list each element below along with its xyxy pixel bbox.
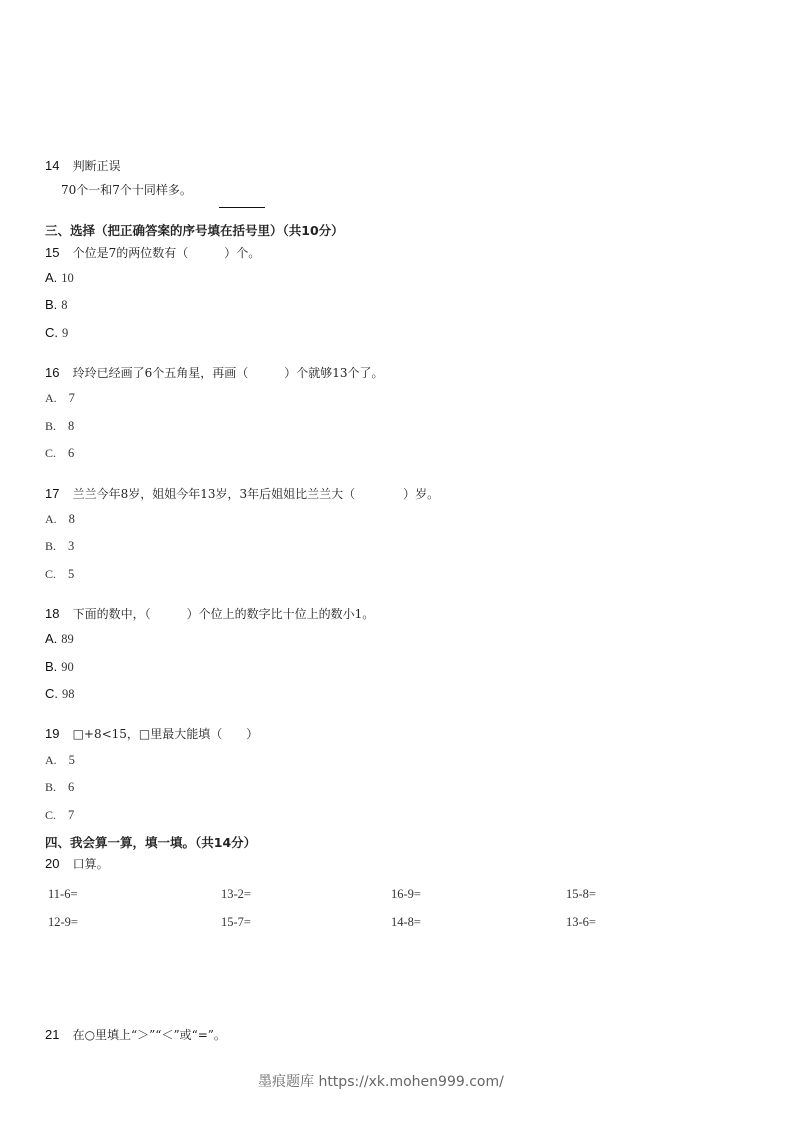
question-text: 在○里填上“＞”“＜”或“=”。 xyxy=(73,1028,226,1042)
question-19: 19 □+8<15，□里最大能填（ ） xyxy=(45,723,258,742)
question-text: 兰兰今年8岁，姐姐今年13岁，3年后姐姐比兰兰大（ ）岁。 xyxy=(73,487,440,501)
section-title-calc: 四、我会算一算，填一填。（共14分） xyxy=(45,833,256,851)
question-number: 15 xyxy=(45,245,59,260)
option-letter: B. xyxy=(45,659,57,674)
option-letter: C. xyxy=(45,686,58,701)
option-b[interactable]: B.8 xyxy=(45,294,68,313)
question-text: □+8<15，□里最大能填（ ） xyxy=(73,727,259,741)
calc-item: 13-2= xyxy=(221,887,251,902)
option-letter: A. xyxy=(45,270,57,285)
calc-item: 12-9= xyxy=(48,915,78,930)
option-value: 9 xyxy=(62,326,68,340)
question-21: 21 在○里填上“＞”“＜”或“=”。 xyxy=(45,1024,226,1043)
question-title: 口算。 xyxy=(73,857,109,871)
option-a[interactable]: A.5 xyxy=(45,749,75,768)
statement-text: 70个一和7个十同样多。 xyxy=(61,183,192,197)
question-16: 16 玲玲已经画了6个五角星，再画（ ）个就够13个了。 xyxy=(45,362,383,381)
question-number: 19 xyxy=(45,726,59,741)
option-c[interactable]: C.98 xyxy=(45,683,75,702)
option-value: 90 xyxy=(61,660,74,674)
option-letter: B. xyxy=(45,297,57,312)
option-b[interactable]: B.6 xyxy=(45,776,74,795)
question-20: 20 口算。 xyxy=(45,853,109,872)
question-text: 下面的数中，（ ）个位上的数字比十位上的数小1。 xyxy=(73,607,375,621)
calc-item: 14-8= xyxy=(391,915,421,930)
question-number: 21 xyxy=(45,1027,59,1042)
option-b[interactable]: B.8 xyxy=(45,415,74,434)
option-b[interactable]: B.3 xyxy=(45,535,74,554)
calc-item: 13-6= xyxy=(566,915,596,930)
option-letter: C. xyxy=(45,808,56,822)
option-value: 8 xyxy=(69,512,75,526)
option-letter: B. xyxy=(45,780,56,794)
question-17: 17 兰兰今年8岁，姐姐今年13岁，3年后姐姐比兰兰大（ ）岁。 xyxy=(45,483,439,502)
calc-item: 16-9= xyxy=(391,887,421,902)
section-title-choice: 三、选择（把正确答案的序号填在括号里）（共10分） xyxy=(45,221,344,239)
option-letter: C. xyxy=(45,446,56,460)
question-18: 18 下面的数中，（ ）个位上的数字比十位上的数小1。 xyxy=(45,603,374,622)
option-c[interactable]: C.5 xyxy=(45,563,74,582)
calc-item: 15-8= xyxy=(566,887,596,902)
option-letter: B. xyxy=(45,419,56,433)
question-number: 14 xyxy=(45,158,59,173)
option-a[interactable]: A.89 xyxy=(45,628,74,647)
option-letter: A. xyxy=(45,391,57,405)
calc-item: 15-7= xyxy=(221,915,251,930)
option-letter: B. xyxy=(45,539,56,553)
option-value: 3 xyxy=(68,539,74,553)
option-value: 8 xyxy=(61,298,67,312)
question-text: 个位是7的两位数有（ ）个。 xyxy=(73,246,261,260)
option-value: 7 xyxy=(68,808,74,822)
option-a[interactable]: A.7 xyxy=(45,387,75,406)
question-number: 17 xyxy=(45,486,59,501)
option-value: 5 xyxy=(69,753,75,767)
answer-blank[interactable] xyxy=(219,193,265,212)
answer-underline xyxy=(219,206,265,208)
option-letter: C. xyxy=(45,567,56,581)
option-value: 10 xyxy=(61,271,74,285)
footer-watermark: 墨痕题库 https://xk.mohen999.com/ xyxy=(258,1071,504,1091)
question-title: 判断正误 xyxy=(73,159,121,173)
option-a[interactable]: A.8 xyxy=(45,508,75,527)
option-letter: A. xyxy=(45,631,57,646)
question-text: 玲玲已经画了6个五角星，再画（ ）个就够13个了。 xyxy=(73,366,384,380)
option-letter: C. xyxy=(45,325,58,340)
option-b[interactable]: B.90 xyxy=(45,656,74,675)
option-value: 8 xyxy=(68,419,74,433)
option-value: 6 xyxy=(68,780,74,794)
option-a[interactable]: A.10 xyxy=(45,267,74,286)
question-number: 20 xyxy=(45,856,59,871)
option-value: 7 xyxy=(69,391,75,405)
question-number: 16 xyxy=(45,365,59,380)
option-value: 89 xyxy=(61,632,74,646)
option-c[interactable]: C.7 xyxy=(45,804,74,823)
calc-item: 11-6= xyxy=(48,887,78,902)
question-number: 18 xyxy=(45,606,59,621)
option-letter: A. xyxy=(45,512,57,526)
option-c[interactable]: C.9 xyxy=(45,322,68,341)
option-value: 5 xyxy=(68,567,74,581)
question-14-heading: 14 判断正误 xyxy=(45,155,121,174)
question-15: 15 个位是7的两位数有（ ）个。 xyxy=(45,242,260,261)
question-14-statement: 70个一和7个十同样多。 xyxy=(61,179,192,198)
option-value: 6 xyxy=(68,446,74,460)
option-c[interactable]: C.6 xyxy=(45,442,74,461)
option-letter: A. xyxy=(45,753,57,767)
option-value: 98 xyxy=(62,687,75,701)
